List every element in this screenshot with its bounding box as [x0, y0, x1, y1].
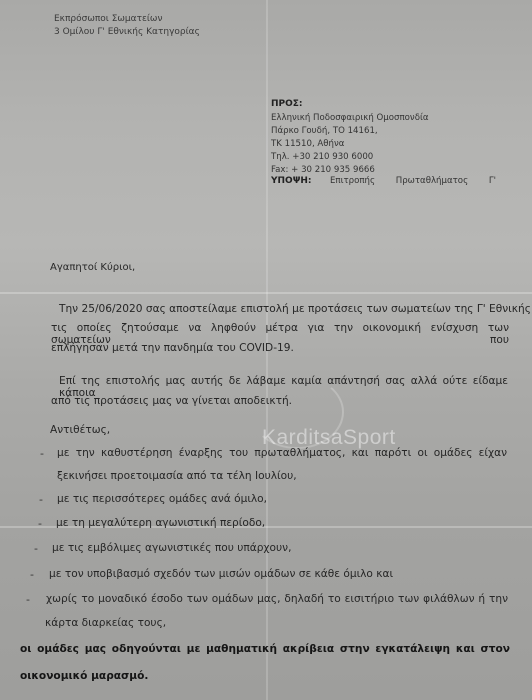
paragraph-1-line-1: Την 25/06/2020 σας αποστείλαμε επιστολή …	[59, 303, 507, 315]
attention-value: Επιτροπής Πρωταθλήματος Γ'	[330, 176, 496, 186]
recipient-phone: Τηλ. +30 210 930 6000	[271, 152, 373, 162]
bullet-2: με τις περισσότερες ομάδες ανά όμιλο,	[57, 493, 267, 505]
conclusion-line-2: οικονομικό μαρασμό.	[20, 670, 148, 682]
bullet-dash: -	[40, 447, 44, 460]
bullet-6-line-2: κάρτα διαρκείας τους,	[45, 617, 166, 629]
contrary-heading: Αντιθέτως,	[50, 424, 110, 436]
conclusion-line-1: οι ομάδες μας οδηγούνται με μαθηματική α…	[20, 643, 510, 655]
attention-line: ΥΠΟΨΗ: Επιτροπής Πρωταθλήματος Γ'	[271, 176, 496, 186]
bullet-dash: -	[38, 517, 42, 530]
bullet-dash: -	[26, 593, 30, 606]
bullet-1-line-2: ξεκινήσει προετοιμασία από τα τέλη Ιουλί…	[57, 470, 297, 482]
bullet-dash: -	[34, 542, 38, 555]
sender-line-2: 3 Ομίλου Γ' Εθνικής Κατηγορίας	[54, 27, 200, 37]
bullet-6-line-1: χωρίς το μοναδικό έσοδο των ομάδων μας, …	[46, 593, 508, 605]
bullet-1-line-1: με την καθυστέρηση έναρξης του πρωταθλήμ…	[57, 447, 507, 459]
bullet-dash: -	[39, 493, 43, 506]
recipient-label: ΠΡΟΣ:	[271, 99, 303, 109]
sender-line-2-text: 3 Ομίλου Γ' Εθνικής Κατηγορίας	[54, 27, 200, 37]
bullet-dash: -	[30, 568, 34, 581]
sender-line-1: Εκπρόσωποι Σωματείων	[54, 14, 162, 24]
recipient-address-2: ΤΚ 11510, Αθήνα	[271, 139, 344, 149]
bullet-4: με τις εμβόλιμες αγωνιστικές που υπάρχου…	[52, 542, 291, 554]
attention-label: ΥΠΟΨΗ:	[271, 176, 311, 186]
bullet-5: με τον υποβιβασμό σχεδόν των μισών ομάδω…	[49, 568, 393, 580]
recipient-address-1: Πάρκο Γουδή, ΤΟ 14161,	[271, 126, 378, 136]
paragraph-1-line-3: επλήγησαν μετά την πανδημία του COVID-19…	[51, 342, 294, 354]
recipient-fax: Fax: + 30 210 935 9666	[271, 165, 375, 175]
recipient-name: Ελληνική Ποδοσφαιρική Ομοσπονδία	[271, 113, 429, 123]
bullet-3: με τη μεγαλύτερη αγωνιστική περίοδο,	[56, 517, 265, 529]
salutation: Αγαπητοί Κύριοι,	[50, 262, 135, 273]
